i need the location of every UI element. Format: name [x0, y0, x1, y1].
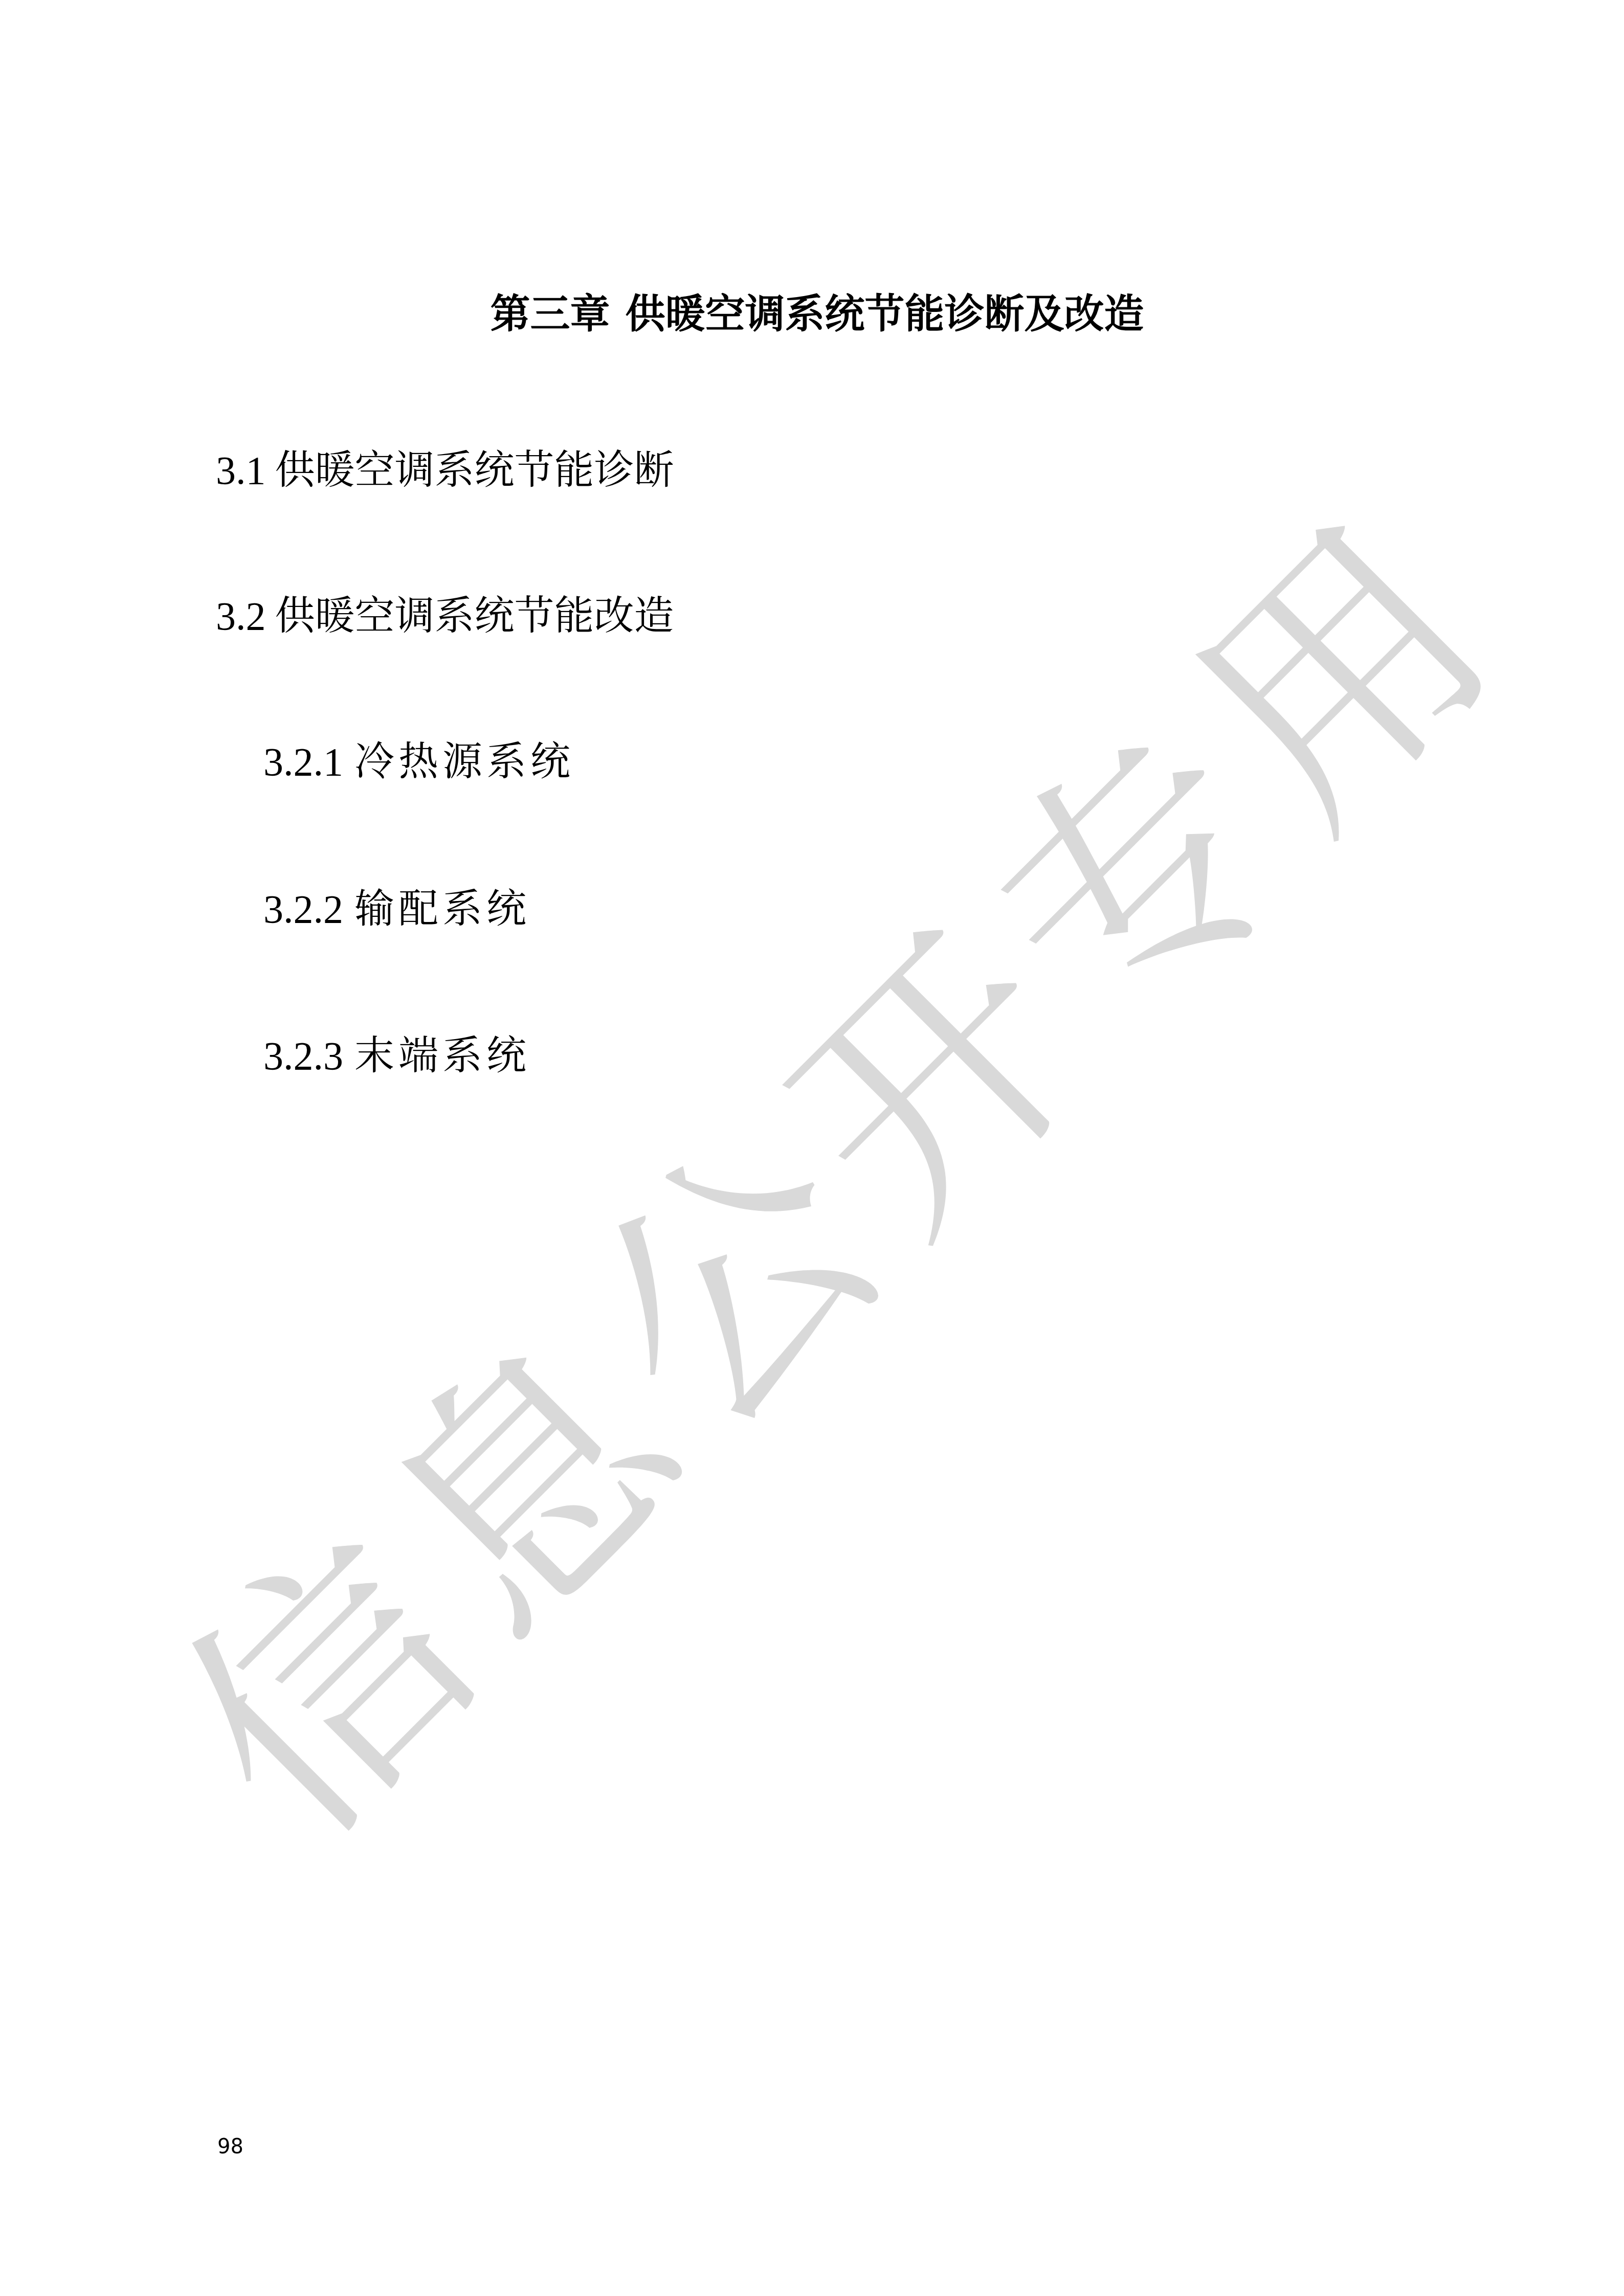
section-number: 3.2 [216, 594, 266, 638]
chapter-title: 供暖空调系统节能诊断及改造 [626, 291, 1144, 337]
section-number: 3.2.3 [263, 1033, 343, 1078]
toc-item-3-1: 3.1供暖空调系统节能诊断 [216, 445, 674, 496]
document-page: 信息公开专用 第三章供暖空调系统节能诊断及改造 3.1供暖空调系统节能诊断 3.… [0, 0, 1624, 2296]
section-title: 供暖空调系统节能诊断 [275, 447, 674, 493]
toc-item-3-2-1: 3.2.1冷热源系统 [263, 736, 574, 787]
page-number: 98 [217, 2135, 243, 2158]
section-number: 3.1 [216, 448, 266, 492]
toc-item-3-2-3: 3.2.3末端系统 [263, 1030, 530, 1082]
toc-item-3-2-2: 3.2.2输配系统 [263, 884, 530, 935]
chapter-heading: 第三章供暖空调系统节能诊断及改造 [0, 289, 1624, 340]
section-title: 供暖空调系统节能改造 [275, 593, 674, 639]
toc-item-3-2: 3.2供暖空调系统节能改造 [216, 591, 674, 642]
section-number: 3.2.1 [263, 739, 343, 784]
section-title: 末端系统 [354, 1033, 530, 1079]
section-title: 冷热源系统 [354, 739, 574, 785]
chapter-number: 第三章 [490, 291, 610, 337]
section-title: 输配系统 [354, 886, 530, 932]
page-content: 第三章供暖空调系统节能诊断及改造 3.1供暖空调系统节能诊断 3.2供暖空调系统… [0, 0, 1624, 2296]
section-number: 3.2.2 [263, 887, 343, 931]
